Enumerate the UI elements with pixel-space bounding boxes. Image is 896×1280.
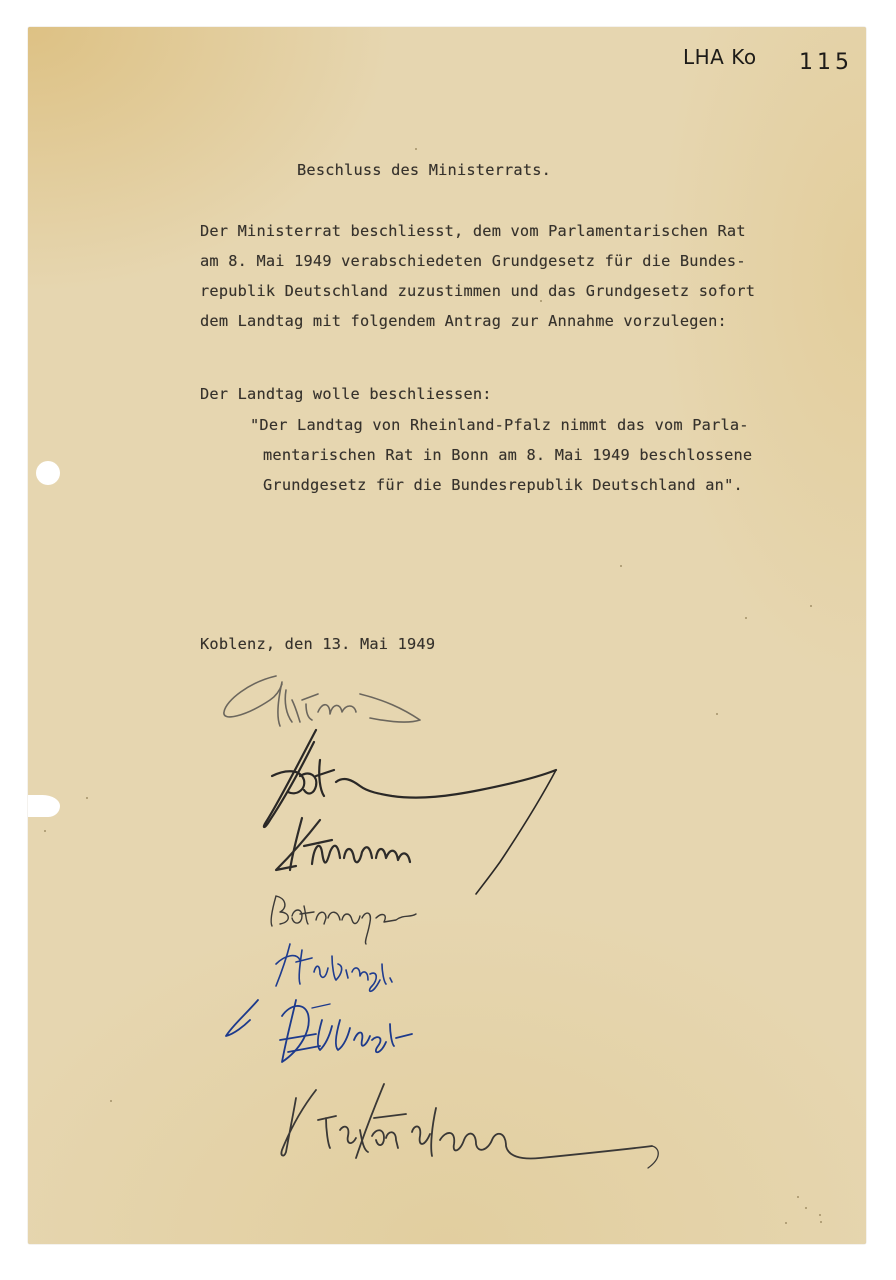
document-page — [28, 27, 866, 1244]
motion-quote-line: "Der Landtag von Rheinland-Pfalz nimmt d… — [250, 416, 749, 434]
archive-page-number: 115 — [799, 50, 853, 75]
place-and-date: Koblenz, den 13. Mai 1949 — [200, 635, 435, 653]
archive-code-stamp: LHA Ko — [683, 45, 757, 69]
document-title: Beschluss des Ministerrats. — [297, 161, 551, 179]
resolution-line: republik Deutschland zuzustimmen und das… — [200, 282, 755, 300]
resolution-line: dem Landtag mit folgendem Antrag zur Ann… — [200, 312, 727, 330]
motion-quote-line: Grundgesetz für die Bundesrepublik Deuts… — [263, 476, 743, 494]
motion-intro: Der Landtag wolle beschliessen: — [200, 385, 492, 403]
resolution-line: am 8. Mai 1949 verabschiedeten Grundgese… — [200, 252, 746, 270]
punch-hole-lower-torn — [28, 795, 60, 817]
punch-hole-upper — [36, 461, 60, 485]
resolution-line: Der Ministerrat beschliesst, dem vom Par… — [200, 222, 746, 240]
motion-quote-line: mentarischen Rat in Bonn am 8. Mai 1949 … — [263, 446, 752, 464]
